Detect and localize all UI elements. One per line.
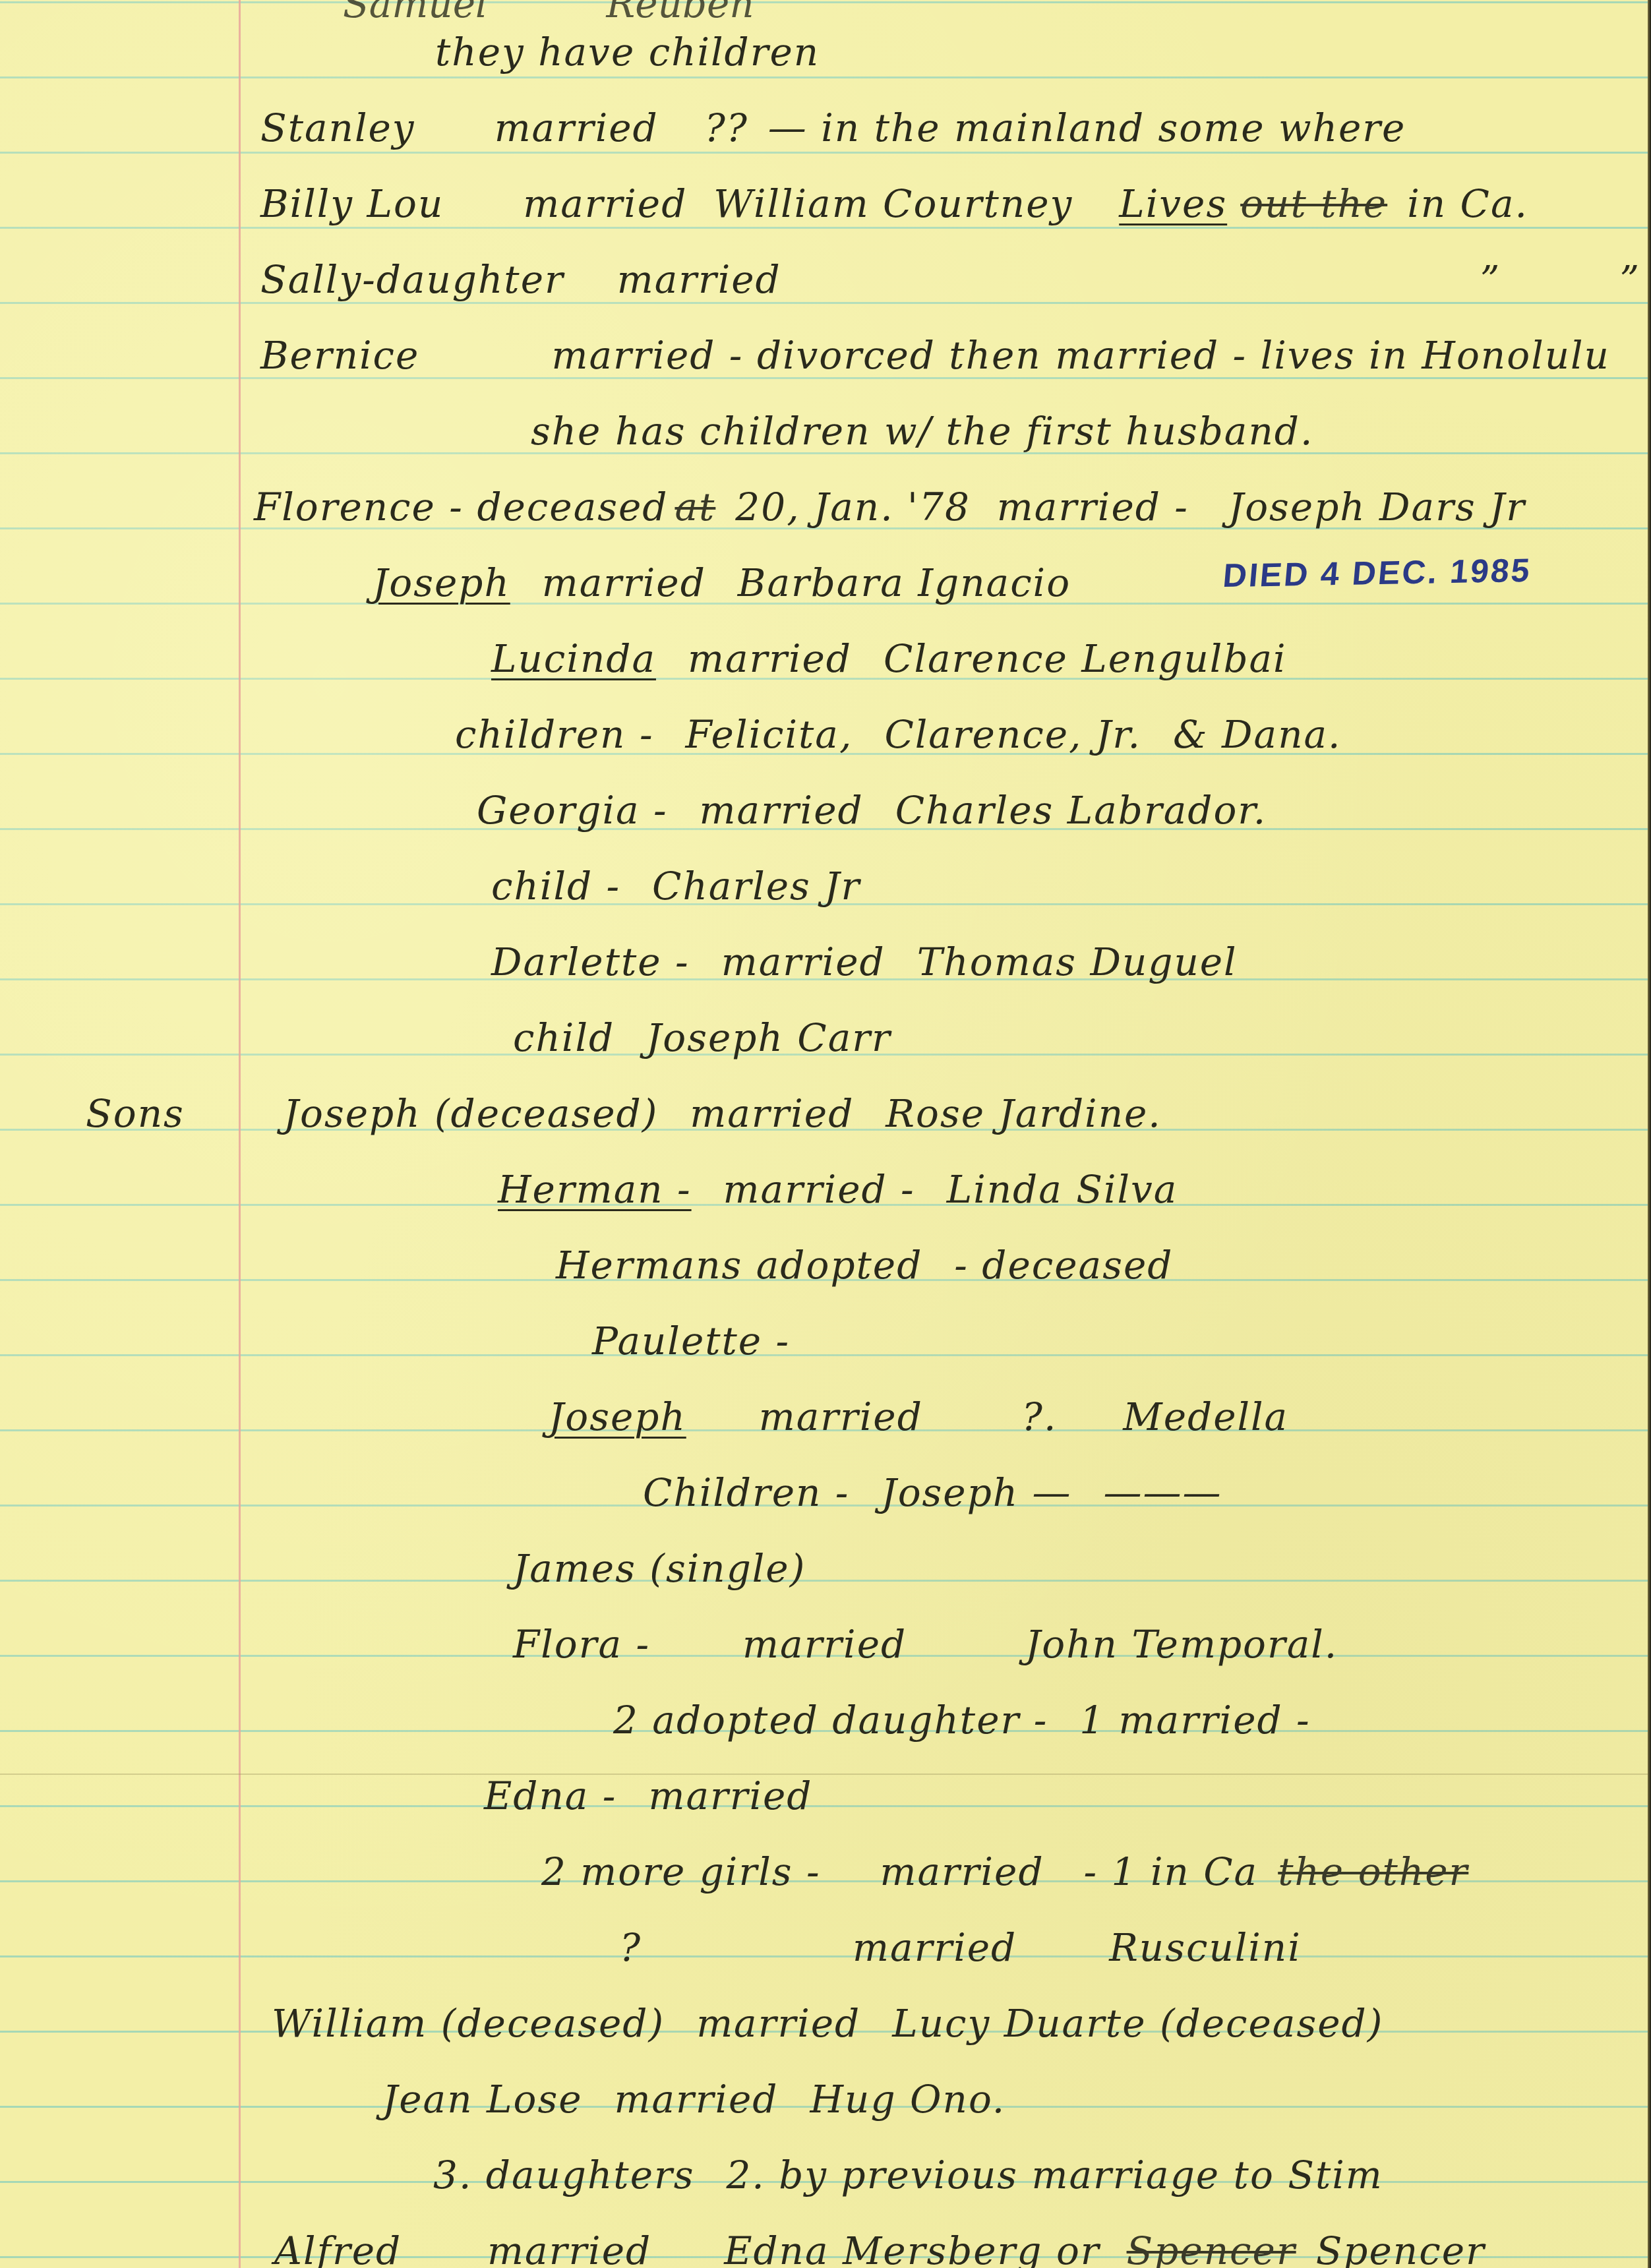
note-line-flora: Flora -marriedJohn Temporal.	[513, 1625, 1369, 1663]
person-name: Edna -	[484, 1774, 616, 1818]
note-line-darlette: Darlette -marriedThomas Duguel	[491, 943, 1269, 981]
margin-rule	[239, 0, 241, 2268]
note-line-lucinda: LucindamarriedClarence Lengulbai	[491, 640, 1319, 678]
note-line-georgia: Georgia -marriedCharles Labrador.	[477, 791, 1298, 829]
person-name: Joseph	[549, 1394, 686, 1439]
person-name: Joseph (deceased)	[284, 1091, 659, 1136]
note-line-children: children -Felicita,Clarence, Jr.& Dana.	[455, 715, 1373, 754]
person-name: Florence - deceased	[254, 485, 668, 529]
note-line: she has children w/ the first husband.	[531, 412, 1345, 450]
person-name: Billy Lou	[260, 181, 444, 226]
note-line-sons-joseph: SonsJoseph (deceased)marriedRose Jardine…	[86, 1094, 1193, 1133]
paper-crease	[0, 1774, 1648, 1775]
person-name: Lucinda	[491, 636, 656, 681]
note-line-florence: Florence - deceasedat20, Jan. '78married…	[254, 488, 1557, 526]
person-name: Joseph	[373, 560, 510, 605]
person-name: Herman -	[498, 1167, 692, 1212]
note-line: 2 adopted daughter -1 married -	[613, 1701, 1342, 1739]
note-line-alfred: AlfredmarriedEdna Mersberg orSpencerSpen…	[274, 2232, 1517, 2268]
person-name: William (deceased)	[272, 2001, 665, 2046]
note-line-paulette: Paulette -	[592, 1322, 822, 1360]
person-name: Bernice	[260, 333, 419, 378]
person-name: Flora -	[513, 1622, 650, 1667]
person-name: Georgia -	[477, 788, 668, 833]
note-line: 3. daughters2. by previous marriage to S…	[433, 2156, 1415, 2194]
person-name: Darlette -	[491, 940, 690, 984]
person-name: James (single)	[513, 1546, 806, 1591]
note-line-jean-lose: Jean LosemarriedHug Ono.	[382, 2080, 1037, 2118]
note-line-sally: Sally-daughtermarried”” Ca	[260, 260, 1651, 299]
person-name: Alfred	[274, 2228, 402, 2268]
note-line: they have children	[435, 33, 851, 71]
note-line-herman: Herman -married -Linda Silva	[498, 1170, 1209, 1209]
note-line-edna: Edna -married	[484, 1777, 844, 1815]
person-name: Paulette -	[592, 1319, 790, 1363]
sons-margin-label: Sons	[86, 1091, 185, 1136]
note-line-children: Children -Joseph ————	[643, 1474, 1254, 1512]
note-line: 2 more girls -married- 1 in Cathe other	[541, 1853, 1500, 1891]
person-name: Jean Lose	[382, 2077, 582, 2122]
note-line-stanley: Stanleymarried??— in the mainland some w…	[260, 109, 1437, 147]
death-date-annotation: DIED 4 DEC. 1985	[1221, 551, 1533, 595]
cutoff-top-line: SamuelReuben	[343, 0, 873, 26]
person-name: Sally-daughter	[260, 257, 564, 302]
note-line-child: childJoseph Carr	[513, 1019, 923, 1057]
page-edge-shadow	[1648, 0, 1651, 2268]
note-line-bernice: Bernicemarried - divorced then married -…	[260, 336, 1642, 374]
note-line-joseph: Josephmarried?.Medella	[549, 1398, 1320, 1436]
note-line: Hermans adopted- deceased	[556, 1246, 1205, 1284]
note-line-james: James (single)	[513, 1549, 837, 1588]
note-line: ?marriedRusculini	[620, 1928, 1333, 1967]
person-name: Stanley	[260, 105, 415, 150]
note-line-child: child -Charles Jr	[491, 867, 892, 905]
note-line-billy-lou: Billy LoumarriedWilliam CourtneyLivesout…	[260, 185, 1560, 223]
note-line-william: William (deceased)marriedLucy Duarte (de…	[272, 2004, 1415, 2043]
note-line-joseph: JosephmarriedBarbara Ignacio	[373, 564, 1102, 602]
